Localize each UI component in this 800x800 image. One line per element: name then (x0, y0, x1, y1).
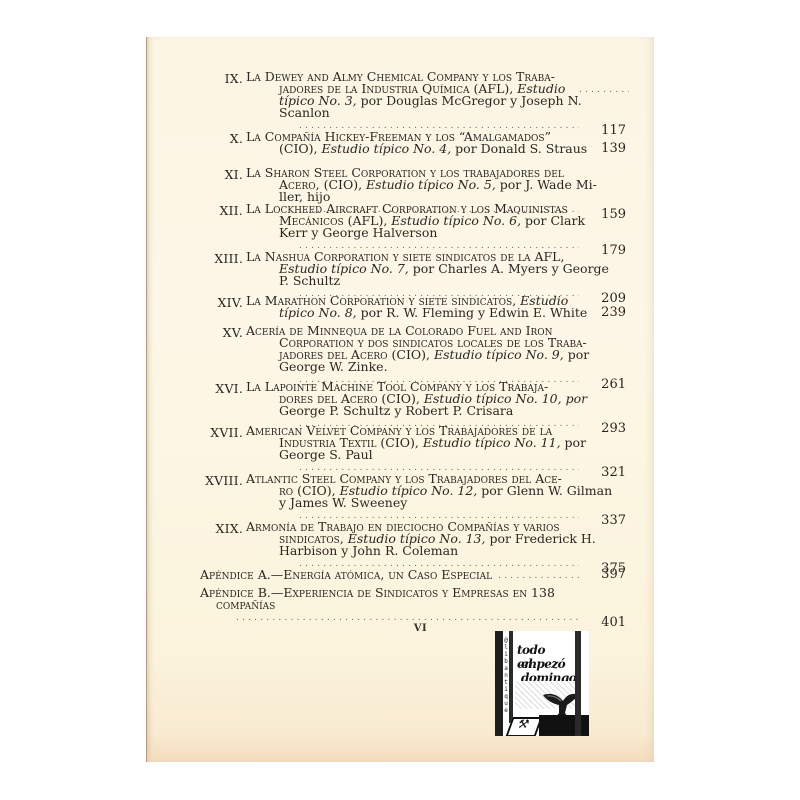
entry-text-italic: Estudio típico No. 11, (423, 435, 561, 450)
dot-leader: ............ (579, 84, 629, 96)
stamp-frame-right (575, 631, 581, 736)
entry-text-italic: Estudio típico No. 5, (366, 177, 496, 192)
chapter-numeral: XIV. (147, 295, 243, 310)
toc-entry-line: y James W. Sweeney (279, 497, 407, 509)
entry-text: por (564, 347, 589, 362)
entry-text: P. Schultz (279, 273, 340, 288)
entry-text: Scanlon (279, 105, 330, 120)
entry-text: George S. Paul (279, 447, 373, 462)
toc-entry-line: Apéndice A.—Energía atómica, un Caso Esp… (200, 569, 492, 581)
toc-entry-line: P. Schultz (279, 275, 340, 287)
entry-text: por Clark (521, 213, 585, 228)
entry-text: por Glenn W. Gilman (477, 483, 612, 498)
page-number: 321 (586, 467, 626, 479)
entry-text: (CIO), (279, 141, 321, 156)
entry-text: compañías (216, 597, 275, 612)
entry-text-italic: típico No. 8, (279, 305, 357, 320)
entry-text: Apéndice A.—Energía atómica, un Caso Esp… (200, 567, 492, 582)
toc-entry-line: Harbison y John R. Coleman (279, 545, 458, 557)
toc-entry-line: (CIO), Estudio típico No. 4, por Donald … (279, 143, 587, 155)
entry-text: Harbison y John R. Coleman (279, 543, 458, 558)
chapter-numeral: XV. (147, 325, 243, 340)
entry-text: George W. Zinke. (279, 359, 388, 374)
page-number: 293 (586, 423, 626, 435)
book-page: IX.La Dewey and Almy Chemical Company y … (146, 37, 654, 762)
page-folio: VI (147, 623, 674, 634)
page-number: 239 (586, 307, 626, 319)
page-number: 261 (586, 379, 626, 391)
stamp-tile (505, 717, 542, 736)
entry-text-italic: Estudio típico No. 9, (434, 347, 564, 362)
stamp-frame-inner (509, 631, 513, 723)
page-number: 117 (586, 125, 626, 137)
toc-entry-line: típico No. 8, por R. W. Fleming y Edwin … (279, 307, 587, 319)
page-number: 159 (586, 209, 626, 221)
entry-text: por J. Wade Mi- (496, 177, 597, 192)
chapter-numeral: XVIII. (147, 473, 243, 488)
page-number: 397 (586, 569, 626, 581)
stamp-frame-left (495, 631, 503, 736)
chapter-numeral: XII. (147, 203, 243, 218)
stamp-base (539, 715, 589, 736)
chapter-numeral: X. (147, 131, 243, 146)
chapter-numeral: XIX. (147, 521, 243, 536)
entry-text: y James W. Sweeney (279, 495, 407, 510)
page-number: 139 (586, 143, 626, 155)
chapter-numeral: XVI. (147, 381, 243, 396)
page-number: 209 (586, 293, 626, 305)
dot-leader: ........................................… (498, 570, 579, 582)
chapter-numeral: XVII. (147, 425, 243, 440)
toc-entry-line: compañías (216, 599, 275, 611)
entry-text: por Frederick H. (485, 531, 595, 546)
chapter-numeral: IX. (147, 71, 243, 86)
chapter-numeral: XIII. (147, 251, 243, 266)
entry-text-italic: Estudio típico No. 4, (321, 141, 451, 156)
toc-entry-line: Scanlon (279, 107, 330, 119)
toc-entry-line: George S. Paul (279, 449, 373, 461)
entry-text: por Donald S. Straus (451, 141, 587, 156)
watermark-stamp-image: @libantique todo empezó el domingo (495, 631, 589, 736)
entry-text: George P. Schultz y Robert P. Crisara (279, 403, 513, 418)
toc-entry-line: George P. Schultz y Robert P. Crisara (279, 405, 513, 417)
entry-text: La (246, 69, 265, 84)
page-number: 337 (586, 515, 626, 527)
entry-text: Kerr y George Halverson (279, 225, 437, 240)
entry-text: por (561, 435, 586, 450)
entry-text: por R. W. Fleming y Edwin E. White (357, 305, 588, 320)
entry-text: por Charles A. Myers y George (409, 261, 609, 276)
toc-entry-line: George W. Zinke. (279, 361, 388, 373)
toc-entry-line: Kerr y George Halverson (279, 227, 437, 239)
page-number: 179 (586, 245, 626, 257)
chapter-numeral: XI. (147, 167, 243, 182)
entry-text: por Douglas McGregor y Joseph N. (357, 93, 582, 108)
